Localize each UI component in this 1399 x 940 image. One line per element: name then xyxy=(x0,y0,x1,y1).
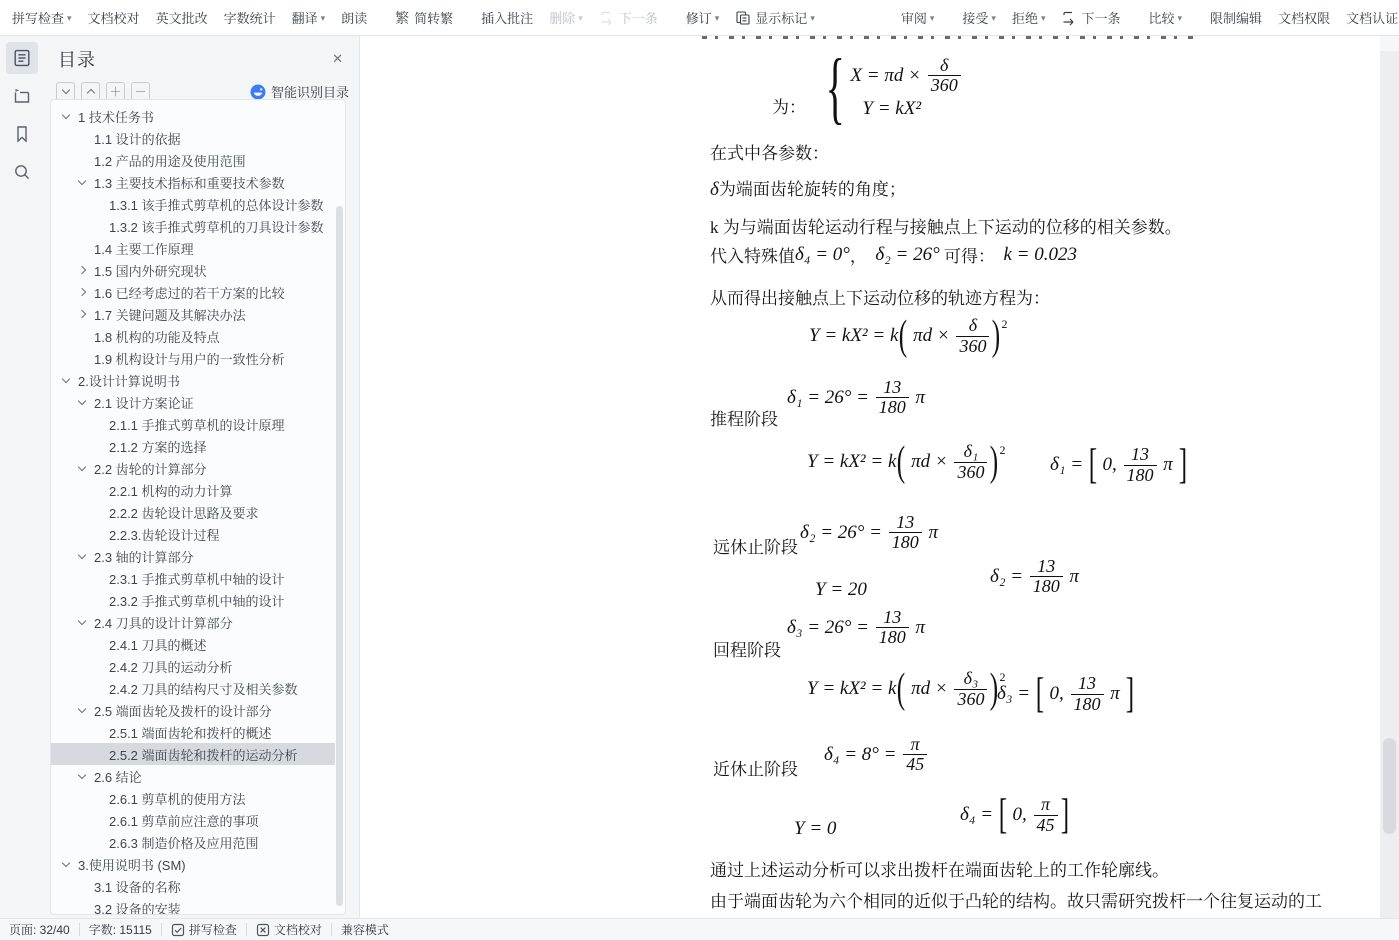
word-count-button[interactable]: 字数统计 xyxy=(216,3,284,33)
fraction-numerator: 13 xyxy=(1128,445,1152,464)
reject-button[interactable]: 拒绝▾ xyxy=(1004,3,1054,33)
label-phase-near: 近休止阶段 xyxy=(713,755,798,780)
math-text: δ₃ = 26° = xyxy=(787,617,874,639)
toc-item-label: 2.6.1 剪草前应注意的事项 xyxy=(109,811,259,830)
doc-certify-label: 文档认证 xyxy=(1346,8,1398,27)
big-bracket: [ xyxy=(1089,445,1097,485)
math-text: δ₄ = xyxy=(960,804,998,826)
formula-system-line2: Y = kX² xyxy=(862,98,921,120)
chevron-shape xyxy=(78,616,86,624)
toc-item-0[interactable]: 1 技术任务书 xyxy=(51,105,335,127)
math-text: πd × xyxy=(908,325,954,347)
toc-item-35[interactable]: 3.1 设备的名称 xyxy=(51,875,335,897)
fraction: δ₃360 xyxy=(954,669,987,709)
word-count-indicator[interactable]: 字数: 15115 xyxy=(89,921,152,938)
reject-label: 拒绝 xyxy=(1012,8,1038,27)
restrict-editing-label: 限制编辑 xyxy=(1210,8,1262,27)
insert-comment-label: 插入批注 xyxy=(481,8,533,27)
statusbar-separator xyxy=(246,923,247,936)
doc-permission-button[interactable]: 文档权限 xyxy=(1270,3,1338,33)
big-bracket: ( xyxy=(897,442,905,482)
read-aloud-button[interactable]: 朗读 xyxy=(333,3,375,33)
toc-item-label: 2.2 齿轮的计算部分 xyxy=(94,459,207,478)
fraction: π45 xyxy=(903,735,927,775)
show-markup-icon xyxy=(735,10,751,26)
chevron-down-icon[interactable] xyxy=(77,181,87,184)
chevron-down-icon[interactable] xyxy=(77,775,87,778)
big-bracket: [ xyxy=(999,795,1007,835)
fraction-denominator: 360 xyxy=(928,75,961,95)
formula-return-delta: δ₃ = 26° = 13180 π xyxy=(787,608,925,648)
translate-button[interactable]: 翻译▾ xyxy=(284,3,334,33)
formula-delta2-value: δ₂ = 26° xyxy=(875,244,939,266)
toc-item-18[interactable]: 2.2.2 齿轮设计思路及要求 xyxy=(51,501,335,523)
toc-item-label: 2.1.2 方案的选择 xyxy=(109,437,207,456)
toc-item-36[interactable]: 3.2 设备的安装 xyxy=(51,897,335,915)
math-text: δ₂ = xyxy=(990,566,1028,588)
fraction-denominator: 360 xyxy=(954,462,987,482)
smart-toc-icon xyxy=(250,84,266,100)
accept-label: 接受 xyxy=(962,8,988,27)
math-text: πd × xyxy=(906,451,952,473)
math-text: 0, xyxy=(1008,804,1032,826)
chevron-right-icon[interactable] xyxy=(77,311,87,317)
math-text: π xyxy=(924,522,938,544)
fraction-denominator: 180 xyxy=(889,532,922,552)
delete-comment-button: 删除▾ xyxy=(541,3,591,33)
english-correction-label: 英文批改 xyxy=(156,8,208,27)
chevron-shape xyxy=(78,550,86,558)
fraction: δ360 xyxy=(928,56,961,96)
doc-permission-label: 文档权限 xyxy=(1278,8,1330,27)
paragraph-conclusion2: 由于端面齿轮为六个相同的近似于凸轮的结构。故只需研究拨杆一个往复运动的工 xyxy=(710,887,1322,912)
fraction-numerator: 13 xyxy=(880,378,904,397)
caret-down-icon: ▾ xyxy=(67,13,72,24)
accept-button[interactable]: 接受▾ xyxy=(954,3,1004,33)
toc-item-24[interactable]: 2.4.1 刀具的概述 xyxy=(51,633,335,655)
simplified-to-traditional-label: 简转繁 xyxy=(414,8,453,27)
toc-item-26[interactable]: 2.4.2 刀具的结构尺寸及相关参数 xyxy=(51,677,335,699)
caret-down-icon: ▾ xyxy=(930,13,935,24)
toc-item-label: 1.3 主要技术指标和重要技术参数 xyxy=(94,173,285,192)
toc-item-label: 2.3.2 手推式剪草机中轴的设计 xyxy=(109,591,285,610)
toc-item-31[interactable]: 2.6.1 剪草机的使用方法 xyxy=(51,787,335,809)
review-label: 审阅 xyxy=(901,8,927,27)
toc-item-label: 1.9 机构设计与用户的一致性分析 xyxy=(94,349,285,368)
compare-button[interactable]: 比较▾ xyxy=(1141,3,1191,33)
toc-item-label: 2.1 设计方案论证 xyxy=(94,393,194,412)
next-item-icon xyxy=(599,10,615,26)
caret-down-icon: ▾ xyxy=(578,13,583,24)
formula-return-y: Y = kX² = k( πd × δ₃360)2 xyxy=(807,669,1005,709)
bookmark-icon xyxy=(12,124,32,144)
formula-far-delta: δ₂ = 26° = 13180 π xyxy=(800,513,938,553)
special-mid: 可得： xyxy=(940,242,1004,267)
fraction: 13180 xyxy=(1030,557,1063,597)
toc-item-label: 2.4.2 刀具的运动分析 xyxy=(109,657,233,676)
chevron-shape xyxy=(78,704,86,712)
chevron-down-icon[interactable] xyxy=(77,555,87,558)
fraction-denominator: 45 xyxy=(903,754,927,774)
toc-item-19[interactable]: 2.2.3.齿轮设计过程 xyxy=(51,523,335,545)
toc-item-17[interactable]: 2.2.1 机构的动力计算 xyxy=(51,479,335,501)
next-change-label: 下一条 xyxy=(1081,8,1120,27)
superscript: 2 xyxy=(999,443,1005,458)
math-text: π xyxy=(1065,566,1079,588)
toc-item-27[interactable]: 2.5 端面齿轮及拨杆的设计部分 xyxy=(51,699,335,721)
check-box-icon xyxy=(171,923,185,937)
fraction: π45 xyxy=(1034,795,1058,835)
plus-icon: ＋ xyxy=(109,86,121,98)
chevron-down-icon[interactable] xyxy=(61,863,71,866)
toc-scrollbar-thumb[interactable] xyxy=(336,206,343,906)
toc-item-12[interactable]: 2.设计计算说明书 xyxy=(51,369,335,391)
compat-mode-indicator[interactable]: 兼容模式 xyxy=(341,921,389,938)
fraction-numerator: 13 xyxy=(1034,557,1058,576)
document-scrollbar-thumb[interactable] xyxy=(1383,738,1396,834)
toc-item-20[interactable]: 2.3 轴的计算部分 xyxy=(51,545,335,567)
toc-item-label: 2.3.1 手推式剪草机中轴的设计 xyxy=(109,569,285,588)
fraction-denominator: 360 xyxy=(954,689,987,709)
outline-icon xyxy=(12,48,32,68)
math-text: Y = 20 xyxy=(815,579,867,601)
document-page[interactable]: 为： { X = πd × δ360 Y = kX² 在式中各参数： δ为端面齿… xyxy=(587,36,1380,918)
restrict-editing-button[interactable]: 限制编辑 xyxy=(1202,3,1270,33)
toc-item-1[interactable]: 1.1 设计的依据 xyxy=(51,127,335,149)
chevron-down-icon[interactable] xyxy=(77,401,87,404)
big-bracket: ] xyxy=(1060,795,1068,835)
next-comment-button: 下一条 xyxy=(591,3,666,33)
formula-k-value: k = 0.023 xyxy=(1003,244,1077,266)
toc-list: 1 技术任务书1.1 设计的依据1.2 产品的用途及使用范围1.3 主要技术指标… xyxy=(50,99,346,915)
simplified-to-traditional-button[interactable]: 繁简转繁 xyxy=(387,3,461,33)
toolbar: 拼写检查▾文档校对英文批改字数统计翻译▾朗读繁简转繁插入批注删除▾下一条修订▾显… xyxy=(0,0,1399,36)
toc-item-label: 1.8 机构的功能及特点 xyxy=(94,327,220,346)
track-changes-button[interactable]: 修订▾ xyxy=(678,3,728,33)
toc-item-11[interactable]: 1.9 机构设计与用户的一致性分析 xyxy=(51,347,335,369)
toc-item-label: 3.使用说明书 (SM) xyxy=(78,855,186,874)
doc-proofread-button[interactable]: 文档校对 xyxy=(80,3,148,33)
toc-panel-title: 目录 xyxy=(58,46,96,72)
toc-item-5[interactable]: 1.3.2 该手推式剪草机的刀具设计参数 xyxy=(51,215,335,237)
big-bracket: ( xyxy=(897,669,905,709)
math-text: δ₄ = 8° = xyxy=(824,744,901,766)
chevron-shape xyxy=(62,858,70,866)
doc-certify-button[interactable]: 文档认证 xyxy=(1338,3,1399,33)
toc-item-13[interactable]: 2.1 设计方案论证 xyxy=(51,391,335,413)
math-text: k = 0.023 xyxy=(1003,244,1077,266)
fraction-denominator: 180 xyxy=(1071,694,1104,714)
toc-item-label: 3.2 设备的安装 xyxy=(94,899,181,916)
math-text: Y = 0 xyxy=(794,818,836,840)
toc-item-label: 2.5 端面齿轮及拨杆的设计部分 xyxy=(94,701,272,720)
caret-down-icon: ▾ xyxy=(1041,13,1046,24)
caret-down-icon: ▾ xyxy=(1178,13,1183,24)
fraction-denominator: 360 xyxy=(956,336,989,356)
next-comment-label: 下一条 xyxy=(619,8,658,27)
paragraph-special-values: 代入特殊值 δ₄ = 0° ， δ₂ = 26° 可得： k = 0.023 xyxy=(710,242,1077,267)
paragraph-params-intro: 在式中各参数： xyxy=(710,139,829,164)
math-text: π xyxy=(1159,454,1178,476)
chevron-down-icon xyxy=(61,86,69,94)
toc-item-22[interactable]: 2.3.2 手推式剪草机中轴的设计 xyxy=(51,589,335,611)
toc-item-label: 2.2.1 机构的动力计算 xyxy=(109,481,233,500)
show-markup-label: 显示标记 xyxy=(755,8,807,27)
clipped-text-line xyxy=(702,36,1200,39)
chevron-shape xyxy=(78,396,86,404)
big-bracket: ] xyxy=(1178,445,1186,485)
document-scrollbar[interactable] xyxy=(1380,36,1399,918)
fraction-numerator: π xyxy=(1038,795,1053,814)
toc-item-label: 2.2.2 齿轮设计思路及要求 xyxy=(109,503,259,522)
formula-far-range: δ₂ = 13180 π xyxy=(990,557,1079,597)
app-window: 拼写检查▾文档校对英文批改字数统计翻译▾朗读繁简转繁插入批注删除▾下一条修订▾显… xyxy=(0,0,1399,940)
fraction: δ360 xyxy=(956,316,989,356)
toc-item-23[interactable]: 2.4 刀具的设计计算部分 xyxy=(51,611,335,633)
formula-system: 为： { X = πd × δ360 Y = kX² xyxy=(772,50,963,126)
read-aloud-label: 朗读 xyxy=(341,8,367,27)
math-text: δ₁ = 26° = xyxy=(787,387,874,409)
paragraph-traj-intro: 从而得出接触点上下运动位移的轨迹方程为： xyxy=(710,284,1050,309)
chevron-shape xyxy=(78,462,86,470)
toc-item-33[interactable]: 2.6.3 制造价格及应用范围 xyxy=(51,831,335,853)
fraction-denominator: 180 xyxy=(876,627,909,647)
paragraph-delta-desc: δ为端面齿轮旋转的角度； xyxy=(710,175,906,201)
chevron-down-icon[interactable] xyxy=(77,621,87,624)
fraction-numerator: δ xyxy=(966,316,980,335)
toc-item-label: 2.5.1 端面齿轮和拨杆的概述 xyxy=(109,723,272,742)
document-area: 为： { X = πd × δ360 Y = kX² 在式中各参数： δ为端面齿… xyxy=(361,36,1399,918)
chevron-down-icon[interactable] xyxy=(61,115,71,118)
fraction: 13180 xyxy=(876,378,909,418)
chevron-shape xyxy=(78,770,86,778)
statusbar-separator xyxy=(331,923,332,936)
toc-item-label: 2.3 轴的计算部分 xyxy=(94,547,194,566)
chevron-shape xyxy=(78,176,86,184)
translate-label: 翻译 xyxy=(292,8,318,27)
big-bracket: ] xyxy=(1125,674,1133,714)
toc-item-label: 2.6.1 剪草机的使用方法 xyxy=(109,789,246,808)
paragraph-conclusion1: 通过上述运动分析可以求出拨杆在端面齿轮上的工作轮廓线。 xyxy=(710,856,1169,881)
fraction-numerator: 13 xyxy=(880,608,904,627)
fraction: 13180 xyxy=(889,513,922,553)
fraction-numerator: δ₃ xyxy=(961,669,982,688)
fraction-numerator: 13 xyxy=(1075,674,1099,693)
toc-item-2[interactable]: 1.2 产品的用途及使用范围 xyxy=(51,149,335,171)
math-text: δ₂ = 26° xyxy=(875,244,939,266)
insert-comment-button[interactable]: 插入批注 xyxy=(473,3,541,33)
toc-panel: 目录 ✕ ＋ － 智能识别目录 1 技术任务书1.1 设计的依据1.2 产品的用… xyxy=(44,36,360,918)
sidebar-tab-bookmarks[interactable] xyxy=(6,118,38,150)
fraction-numerator: π xyxy=(908,735,923,754)
track-changes-label: 修订 xyxy=(686,8,712,27)
fraction: 13180 xyxy=(1124,445,1157,485)
review-button[interactable]: 审阅▾ xyxy=(893,3,943,33)
caret-down-icon: ▾ xyxy=(321,13,326,24)
sidebar-rail xyxy=(0,36,44,918)
math-text: 0, xyxy=(1045,683,1069,705)
spell-check-label: 拼写检查 xyxy=(12,8,64,27)
toc-item-15[interactable]: 2.1.2 方案的选择 xyxy=(51,435,335,457)
caret-down-icon: ▾ xyxy=(991,13,996,24)
next-item-icon xyxy=(1061,10,1077,26)
label-phase-far: 远休止阶段 xyxy=(713,533,798,558)
toc-item-label: 3.1 设备的名称 xyxy=(94,877,181,896)
toc-item-label: 1.1 设计的依据 xyxy=(94,129,181,148)
fraction-denominator: 180 xyxy=(1124,465,1157,485)
sidebar-tab-outline[interactable] xyxy=(6,42,38,74)
toc-item-label: 1.5 国内外研究现状 xyxy=(94,261,207,280)
toc-item-28[interactable]: 2.5.1 端面齿轮和拨杆的概述 xyxy=(51,721,335,743)
sidebar-tab-chapters[interactable] xyxy=(6,80,38,112)
fraction: 13180 xyxy=(1071,674,1104,714)
toc-item-label: 1.2 产品的用途及使用范围 xyxy=(94,151,246,170)
formula-system-line1: X = πd × δ360 xyxy=(850,56,962,96)
formula-far-y: Y = 20 xyxy=(815,579,867,601)
caret-down-icon: ▾ xyxy=(715,13,720,24)
toc-item-label: 2.2.3.齿轮设计过程 xyxy=(109,525,220,544)
math-text: δ₃ = xyxy=(997,683,1035,705)
left-brace: { xyxy=(826,50,845,126)
traditional-char-icon: 繁 xyxy=(395,8,409,28)
x-box-icon xyxy=(256,923,270,937)
toc-item-7[interactable]: 1.5 国内外研究现状 xyxy=(51,259,335,281)
toc-item-32[interactable]: 2.6.1 剪草前应注意的事项 xyxy=(51,809,335,831)
fraction-numerator: 13 xyxy=(893,513,917,532)
formula-near-delta: δ₄ = 8° = π45 xyxy=(824,735,929,775)
fraction-denominator: 180 xyxy=(1030,576,1063,596)
math-text: δ₁ = xyxy=(1050,454,1088,476)
toc-item-30[interactable]: 2.6 结论 xyxy=(51,765,335,787)
toc-item-9[interactable]: 1.7 关键问题及其解决办法 xyxy=(51,303,335,325)
fraction-denominator: 45 xyxy=(1034,815,1058,835)
toc-item-14[interactable]: 2.1.1 手推式剪草机的设计原理 xyxy=(51,413,335,435)
english-correction-button[interactable]: 英文批改 xyxy=(148,3,216,33)
math-text: π xyxy=(911,387,925,409)
math-text: Y = kX² xyxy=(862,98,921,120)
chevron-down-icon[interactable] xyxy=(77,467,87,470)
chevron-shape xyxy=(78,288,86,296)
toc-item-8[interactable]: 1.6 已经考虑过的若干方案的比较 xyxy=(51,281,335,303)
show-markup-button[interactable]: 显示标记▾ xyxy=(727,3,823,33)
fraction-denominator: 180 xyxy=(876,397,909,417)
word-count-label: 字数统计 xyxy=(224,8,276,27)
chevron-right-icon[interactable] xyxy=(77,267,87,273)
spellcheck-status[interactable]: 拼写检查 xyxy=(171,921,237,938)
toc-item-label: 2.设计计算说明书 xyxy=(78,371,180,390)
scrollbar-top-button[interactable] xyxy=(1380,36,1399,51)
toc-item-21[interactable]: 2.3.1 手推式剪草机中轴的设计 xyxy=(51,567,335,589)
next-change-button[interactable]: 下一条 xyxy=(1053,3,1128,33)
math-text: Y = kX² = k xyxy=(809,325,898,347)
statusbar-separator xyxy=(79,923,80,936)
toc-item-label: 1.3.1 该手推式剪草机的总体设计参数 xyxy=(109,195,324,214)
superscript: 2 xyxy=(1001,317,1007,332)
toc-item-label: 2.4 刀具的设计计算部分 xyxy=(94,613,233,632)
math-text: 0, xyxy=(1098,454,1122,476)
caret-down-icon: ▾ xyxy=(810,13,815,24)
big-bracket: [ xyxy=(1036,674,1044,714)
toc-item-3[interactable]: 1.3 主要技术指标和重要技术参数 xyxy=(51,171,335,193)
formula-near-y: Y = 0 xyxy=(794,818,836,840)
formula-system-label: 为： xyxy=(772,93,806,118)
big-bracket: ) xyxy=(990,442,998,482)
toc-item-25[interactable]: 2.4.2 刀具的运动分析 xyxy=(51,655,335,677)
doc-proofread-label: 文档校对 xyxy=(88,8,140,27)
toc-item-label: 1 技术任务书 xyxy=(78,107,154,126)
toc-item-label: 2.6 结论 xyxy=(94,767,142,786)
minus-icon: － xyxy=(134,86,146,98)
spell-check-button[interactable]: 拼写检查▾ xyxy=(4,3,80,33)
formula-push-range: δ₁ = [ 0, 13180 π ] xyxy=(1050,445,1188,485)
chapter-icon xyxy=(12,86,32,106)
chevron-shape xyxy=(62,110,70,118)
close-icon[interactable]: ✕ xyxy=(328,49,347,69)
toc-item-label: 1.3.2 该手推式剪草机的刀具设计参数 xyxy=(109,217,324,236)
chevron-right-icon[interactable] xyxy=(77,289,87,295)
fraction: δ₁360 xyxy=(954,442,987,482)
formula-delta4-value: δ₄ = 0° xyxy=(795,244,850,266)
big-bracket: ) xyxy=(992,316,1000,356)
sidebar-tab-search[interactable] xyxy=(6,156,38,188)
toc-item-label: 1.6 已经考虑过的若干方案的比较 xyxy=(94,283,285,302)
math-text: Y = kX² = k xyxy=(807,451,896,473)
fraction-numerator: δ₁ xyxy=(961,442,982,461)
label-phase-push: 推程阶段 xyxy=(710,405,778,430)
compare-label: 比较 xyxy=(1149,8,1175,27)
chevron-shape xyxy=(78,310,86,318)
math-text: π xyxy=(1106,683,1125,705)
page-indicator[interactable]: 页面: 32/40 xyxy=(9,921,70,938)
math-text: δ₄ = 0° xyxy=(795,244,850,266)
toc-item-4[interactable]: 1.3.1 该手推式剪草机的总体设计参数 xyxy=(51,193,335,215)
chevron-down-icon[interactable] xyxy=(77,709,87,712)
toc-item-label: 2.4.2 刀具的结构尺寸及相关参数 xyxy=(109,679,298,698)
chevron-shape xyxy=(62,374,70,382)
math-text: Y = kX² = k xyxy=(807,678,896,700)
proofread-status[interactable]: 文档校对 xyxy=(256,921,322,938)
paragraph-k-desc: k 为与端面齿轮运动行程与接触点上下运动的位移的相关参数。 xyxy=(710,213,1182,238)
statusbar: 页面: 32/40 字数: 15115 拼写检查 文档校对 兼容模式 xyxy=(0,918,1399,940)
fraction: 13180 xyxy=(876,608,909,648)
toc-item-label: 1.4 主要工作原理 xyxy=(94,239,194,258)
chevron-shape xyxy=(78,266,86,274)
math-text: πd × xyxy=(906,678,952,700)
toc-item-6[interactable]: 1.4 主要工作原理 xyxy=(51,237,335,259)
math-text: π xyxy=(911,617,925,639)
statusbar-separator xyxy=(161,923,162,936)
toc-item-29[interactable]: 2.5.2 端面齿轮和拨杆的运动分析 xyxy=(51,743,335,765)
delete-comment-label: 删除 xyxy=(549,8,575,27)
toc-item-10[interactable]: 1.8 机构的功能及特点 xyxy=(51,325,335,347)
chevron-up-icon xyxy=(86,89,94,97)
special-pre: 代入特殊值 xyxy=(710,242,795,267)
fraction-numerator: δ xyxy=(937,56,951,75)
formula-push-delta: δ₁ = 26° = 13180 π xyxy=(787,378,925,418)
formula-push-y: Y = kX² = k( πd × δ₁360)2 xyxy=(807,442,1005,482)
chevron-down-icon[interactable] xyxy=(61,379,71,382)
toc-item-34[interactable]: 3.使用说明书 (SM) xyxy=(51,853,335,875)
toc-item-label: 1.7 关键问题及其解决办法 xyxy=(94,305,246,324)
big-bracket: ( xyxy=(899,316,907,356)
toc-item-16[interactable]: 2.2 齿轮的计算部分 xyxy=(51,457,335,479)
formula-near-range: δ₄ = [ 0, π45] xyxy=(960,795,1070,835)
special-comma: ， xyxy=(850,242,876,267)
toc-item-label: 2.1.1 手推式剪草机的设计原理 xyxy=(109,415,285,434)
delta-symbol: δ xyxy=(710,179,719,200)
formula-trajectory: Y = kX² = k( πd × δ360)2 xyxy=(809,316,1007,356)
toc-rows: 1 技术任务书1.1 设计的依据1.2 产品的用途及使用范围1.3 主要技术指标… xyxy=(51,105,335,915)
